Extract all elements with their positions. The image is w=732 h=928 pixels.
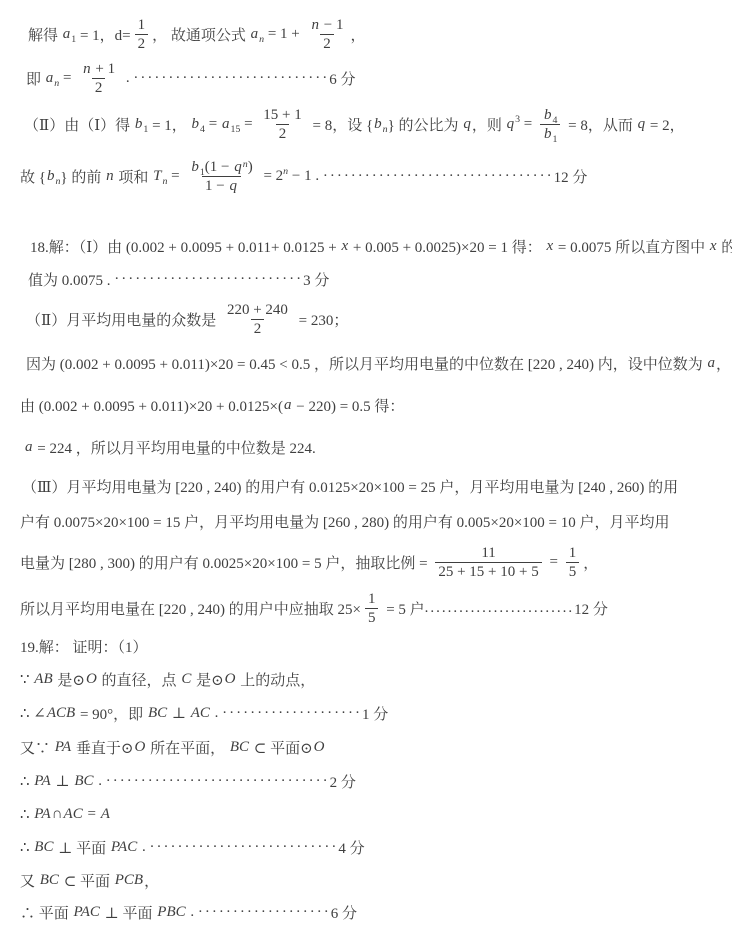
text-run: ， xyxy=(144,870,159,891)
text-run: ， xyxy=(350,24,365,45)
math-variable: BC xyxy=(73,773,94,790)
text-run: = 1， xyxy=(148,114,190,135)
fraction-numerator: 1 xyxy=(135,16,149,34)
math-variable: x xyxy=(340,238,349,255)
math-variable: ACB xyxy=(46,705,76,722)
math-line: ∴ BC ⊥ 平面 PAC . ························… xyxy=(0,831,732,864)
text-run: ，则 xyxy=(472,114,506,135)
text-run: 值为 0.0075 . xyxy=(28,269,114,290)
text-run: 2 xyxy=(138,36,146,52)
text-run: 2 xyxy=(279,126,287,142)
text-run: = 224 ，所以月平均用电量的中位数是 224. xyxy=(34,437,316,458)
text-run: 1 xyxy=(368,591,376,607)
math-line: ∴ PA∩AC = A xyxy=(0,798,732,831)
math-line: 即 an = n + 12 . ························… xyxy=(0,56,732,100)
fraction: 15 + 12 xyxy=(260,106,304,143)
math-line: 又∵ PA 垂直于⊙O 所在平面， BC ⊂ 平面⊙O xyxy=(0,730,732,764)
fraction: 12 xyxy=(135,16,149,53)
math-line: 由 (0.002 + 0.0095 + 0.011)×20 + 0.0125×(… xyxy=(0,384,732,426)
dot-leader: .......................... xyxy=(425,600,575,617)
text-run: ∴ xyxy=(20,838,33,857)
math-variable: b xyxy=(190,159,200,175)
text-run: 又∵ xyxy=(20,737,54,758)
fraction: 15 xyxy=(566,544,580,581)
text-run: = xyxy=(84,806,100,823)
fraction-numerator: b1(1 − qn) xyxy=(187,158,255,176)
text-run: 19.解： 证明：（1） xyxy=(20,636,148,657)
text-run: ⊥ 平面 xyxy=(54,837,109,858)
subscript: 1 xyxy=(143,124,148,135)
text-run: ∩ xyxy=(52,806,63,823)
text-run: 的 xyxy=(718,236,732,257)
text-run: 电量为 [280 , 300) 的用户有 0.0025×20×100 = 5 户… xyxy=(20,552,431,573)
text-run: = 2 xyxy=(260,168,283,185)
text-run: ∴ xyxy=(20,805,33,824)
text-run: 11 xyxy=(481,545,495,561)
math-variable: a xyxy=(283,397,293,414)
subscript: 1 xyxy=(71,34,76,45)
math-line: （Ⅲ）月平均用电量为 [220 , 240) 的用户有 0.0125×20×10… xyxy=(0,468,732,504)
text-run: 解得 xyxy=(28,24,62,45)
text-run: 15 + 1 xyxy=(263,107,301,123)
text-run: 2 xyxy=(254,321,262,337)
fraction-numerator: 1 xyxy=(566,544,580,562)
subscript: 15 xyxy=(230,124,240,135)
text-run: 3 分 xyxy=(303,269,329,290)
text-run: ∵ xyxy=(20,670,33,689)
math-variable: PA xyxy=(33,773,51,790)
math-variable: BC xyxy=(229,739,250,756)
text-run: 又 xyxy=(20,870,39,891)
text-run: 垂直于⊙ xyxy=(72,737,133,758)
math-line: a = 224 ，所以月平均用电量的中位数是 224. xyxy=(0,426,732,468)
fraction-denominator: 2 xyxy=(251,319,265,338)
fraction: 220 + 2402 xyxy=(224,301,291,338)
text-run: 2 xyxy=(95,80,103,96)
text-run: = 1，d= xyxy=(76,24,130,45)
math-variable: PCB xyxy=(114,872,144,889)
text-run: （Ⅲ）月平均用电量为 [220 , 240) 的用户有 0.0125×20×10… xyxy=(22,476,678,497)
subscript: n xyxy=(383,124,388,135)
math-line: 所以月平均用电量在 [220 , 240) 的用户中应抽取 25×15 = 5 … xyxy=(0,586,732,630)
subscript: 1 xyxy=(200,167,205,178)
math-variable: n xyxy=(105,168,115,185)
text-run: . xyxy=(187,904,198,921)
math-variable: x xyxy=(545,238,554,255)
text-run: = xyxy=(240,116,256,133)
fraction: n + 12 xyxy=(79,60,118,97)
fraction-denominator: 2 xyxy=(320,34,334,53)
text-run: ⊂ 平面⊙ xyxy=(250,737,313,758)
subscript: n xyxy=(259,34,264,45)
text-run: 6 分 xyxy=(329,68,355,89)
text-run: 所以月平均用电量在 [220 , 240) 的用户中应抽取 25× xyxy=(20,598,361,619)
math-variable: AC xyxy=(63,806,84,823)
text-run: ⊂ 平面 xyxy=(60,870,114,891)
text-run: = 8，设 { xyxy=(309,114,373,135)
text-run: 1 xyxy=(138,17,146,33)
text-run: 25 + 15 + 10 + 5 xyxy=(438,564,538,580)
math-line: ∴ 平面 PAC ⊥ 平面 PBC . ···················6… xyxy=(0,897,732,928)
text-run: （Ⅱ）月平均用电量的众数是 xyxy=(26,309,220,330)
text-run: = 0.0075 所以直方图中 xyxy=(554,236,709,257)
answer-sheet-page: 解得 a1 = 1，d=12， 故通项公式 an = 1 + n − 12，即 … xyxy=(0,0,732,928)
math-line: 又 BC ⊂ 平面 PCB， xyxy=(0,864,732,897)
text-run: ， xyxy=(583,552,598,573)
math-variable: a xyxy=(221,116,231,133)
text-run: 5 xyxy=(569,564,577,580)
superscript: n xyxy=(283,166,288,177)
text-run: 户有 0.0075×20×100 = 15 户，月平均用电量为 [260 , 2… xyxy=(20,511,670,532)
text-run: = 230； xyxy=(295,309,348,330)
text-run: 因为 (0.002 + 0.0095 + 0.011)×20 = 0.45 < … xyxy=(26,353,706,374)
subscript: 4 xyxy=(200,124,205,135)
text-run: 的直径，点 xyxy=(98,669,181,690)
math-variable: q xyxy=(229,178,239,194)
math-variable: a xyxy=(45,70,55,87)
math-variable: PA xyxy=(33,806,51,823)
text-run: 2 分 xyxy=(330,771,356,792)
math-variable: a xyxy=(62,26,72,43)
math-variable: AC xyxy=(190,705,211,722)
math-variable: b xyxy=(191,116,201,133)
math-variable: n xyxy=(311,17,321,33)
text-run: 12 分 xyxy=(574,598,608,619)
fraction: b4b1 xyxy=(540,106,560,143)
fraction: b1(1 − qn)1 − q xyxy=(187,158,255,195)
fraction-denominator: 2 xyxy=(276,124,290,143)
math-variable: n xyxy=(82,61,92,77)
math-line: 故 {bn} 的前 n 项和 Tn = b1(1 − qn)1 − q = 2n… xyxy=(0,148,732,204)
text-run: （Ⅱ）由（Ⅰ）得 xyxy=(24,114,134,135)
text-run: (1 − xyxy=(205,159,233,175)
subscript: n xyxy=(55,176,60,187)
text-run: 12 分 xyxy=(554,166,588,187)
math-variable: q xyxy=(462,116,472,133)
math-variable: O xyxy=(85,671,98,688)
math-variable: A xyxy=(100,806,111,823)
text-run: 4 分 xyxy=(338,837,364,858)
text-run: = xyxy=(59,70,75,87)
math-variable: AB xyxy=(33,671,53,688)
dot-leader: ··························· xyxy=(149,839,338,856)
text-run: 是⊙ xyxy=(192,669,223,690)
math-line: 18.解：（Ⅰ）由 (0.002 + 0.0095 + 0.011+ 0.012… xyxy=(0,230,732,262)
math-line: （Ⅱ）由（Ⅰ）得 b1 = 1， b4 = a15 = 15 + 12 = 8，… xyxy=(0,100,732,148)
text-run: 6 分 xyxy=(331,902,357,923)
subscript: 4 xyxy=(552,115,557,126)
fraction-numerator: n − 1 xyxy=(308,16,347,34)
text-run: = 1 + xyxy=(264,26,303,43)
text-run: } 的公比为 xyxy=(388,114,463,135)
math-variable: b xyxy=(46,168,56,185)
subscript: n xyxy=(54,78,59,89)
text-run: = xyxy=(546,554,562,571)
text-run: + 0.005 + 0.0025)×20 = 1 得： xyxy=(349,236,545,257)
math-variable: b xyxy=(134,116,144,133)
fraction-numerator: 220 + 240 xyxy=(224,301,291,319)
math-line: 值为 0.0075 . ···························3… xyxy=(0,262,732,296)
subscript: 1 xyxy=(552,134,557,145)
math-variable: BC xyxy=(33,839,54,856)
text-run: 所在平面， xyxy=(146,737,229,758)
math-line: 户有 0.0075×20×100 = 15 户，月平均用电量为 [260 , 2… xyxy=(0,504,732,538)
math-variable: PAC xyxy=(110,839,138,856)
math-variable: a xyxy=(24,439,34,456)
text-run: ∴ 平面 xyxy=(20,902,73,923)
dot-leader: ··························· xyxy=(114,271,303,288)
fraction-denominator: b1 xyxy=(540,124,560,143)
text-run: + 1 xyxy=(92,61,115,77)
text-run: 5 xyxy=(368,610,376,626)
text-run: ⊥ xyxy=(168,704,190,723)
fraction-denominator: 5 xyxy=(365,608,379,627)
math-variable: BC xyxy=(147,705,168,722)
text-run: ， xyxy=(716,353,731,374)
subscript: n xyxy=(162,176,167,187)
text-run: 上的动点， xyxy=(237,669,316,690)
text-run: ， 故通项公式 xyxy=(152,24,250,45)
dot-leader: ································· xyxy=(323,168,554,185)
math-variable: O xyxy=(224,671,237,688)
fraction-numerator: b4 xyxy=(540,106,560,124)
superscript: n xyxy=(243,159,248,170)
fraction-denominator: 2 xyxy=(135,34,149,53)
math-line: 19.解： 证明：（1） xyxy=(0,630,732,662)
dot-leader: ··················· xyxy=(198,904,331,921)
text-run: 是⊙ xyxy=(54,669,85,690)
text-run: 项和 xyxy=(115,166,153,187)
math-variable: q xyxy=(233,159,243,175)
math-line: （Ⅱ）月平均用电量的众数是 220 + 2402 = 230； xyxy=(0,296,732,342)
text-run: 1 分 xyxy=(362,703,388,724)
math-line: 电量为 [280 , 300) 的用户有 0.0025×20×100 = 5 户… xyxy=(0,538,732,586)
text-run: ⊥ 平面 xyxy=(101,902,156,923)
math-variable: C xyxy=(180,671,192,688)
text-run: . xyxy=(211,705,222,722)
fraction-numerator: n + 1 xyxy=(79,60,118,78)
text-run: 故 { xyxy=(20,166,46,187)
text-run: . xyxy=(94,773,105,790)
fraction: n − 12 xyxy=(308,16,347,53)
text-run: ⊥ xyxy=(52,772,74,791)
text-run: 由 (0.002 + 0.0095 + 0.011)×20 + 0.0125×( xyxy=(20,395,283,416)
math-variable: BC xyxy=(39,872,60,889)
text-run: 1 − xyxy=(205,178,228,194)
math-variable: PBC xyxy=(156,904,186,921)
math-line: ∴ PA ⊥ BC . ····························… xyxy=(0,764,732,798)
math-variable: O xyxy=(134,739,147,756)
text-run: 220 + 240 xyxy=(227,302,288,318)
text-run: = xyxy=(205,116,221,133)
text-run: = xyxy=(167,168,183,185)
math-variable: O xyxy=(313,739,326,756)
math-line: ∴ ∠ACB = 90°，即 BC ⊥ AC . ···············… xyxy=(0,696,732,730)
math-variable: q xyxy=(637,116,647,133)
text-run: = 5 户 xyxy=(382,598,424,619)
math-variable: a xyxy=(706,355,716,372)
math-variable: a xyxy=(250,26,260,43)
math-variable: PA xyxy=(54,739,72,756)
math-variable: PAC xyxy=(73,904,101,921)
fraction-numerator: 11 xyxy=(478,544,498,562)
text-run: ) xyxy=(248,159,253,175)
text-run: . xyxy=(138,839,149,856)
dot-leader: ···························· xyxy=(133,70,329,87)
text-run: − 1 xyxy=(320,17,343,33)
fraction: 1125 + 15 + 10 + 5 xyxy=(435,544,541,581)
math-variable: q xyxy=(506,116,516,133)
math-line: 因为 (0.002 + 0.0095 + 0.011)×20 = 0.45 < … xyxy=(0,342,732,384)
fraction-denominator: 25 + 15 + 10 + 5 xyxy=(435,562,541,581)
dot-leader: ···················· xyxy=(222,705,362,722)
fraction-denominator: 5 xyxy=(566,562,580,581)
text-run: . xyxy=(122,70,133,87)
math-variable: T xyxy=(152,168,162,185)
text-run: = 2， xyxy=(646,114,684,135)
text-run: − 1 . xyxy=(288,168,323,185)
dot-leader: ································ xyxy=(106,773,330,790)
text-run: 1 xyxy=(569,545,577,561)
math-variable: x xyxy=(709,238,718,255)
fraction: 15 xyxy=(365,590,379,627)
text-run: } 的前 xyxy=(60,166,105,187)
fraction-numerator: 15 + 1 xyxy=(260,106,304,124)
text-run: − 220) = 0.5 得： xyxy=(292,395,404,416)
fraction-numerator: 1 xyxy=(365,590,379,608)
superscript: 3 xyxy=(515,114,520,125)
text-run: 即 xyxy=(26,68,45,89)
math-line: 解得 a1 = 1，d=12， 故通项公式 an = 1 + n − 12， xyxy=(0,12,732,56)
text-run: 2 xyxy=(323,36,331,52)
text-run: ∴ ∠ xyxy=(20,704,46,723)
text-run: 18.解：（Ⅰ）由 (0.002 + 0.0095 + 0.011+ 0.012… xyxy=(30,236,340,257)
text-run: = xyxy=(520,116,536,133)
text-run: = 90°，即 xyxy=(76,703,147,724)
math-variable: b xyxy=(373,116,383,133)
text-run: = 8，从而 xyxy=(564,114,636,135)
fraction-denominator: 2 xyxy=(92,78,106,97)
math-line: ∵ AB 是⊙O 的直径，点 C 是⊙O 上的动点， xyxy=(0,662,732,696)
text-run: ∴ xyxy=(20,772,33,791)
fraction-denominator: 1 − q xyxy=(202,176,241,195)
